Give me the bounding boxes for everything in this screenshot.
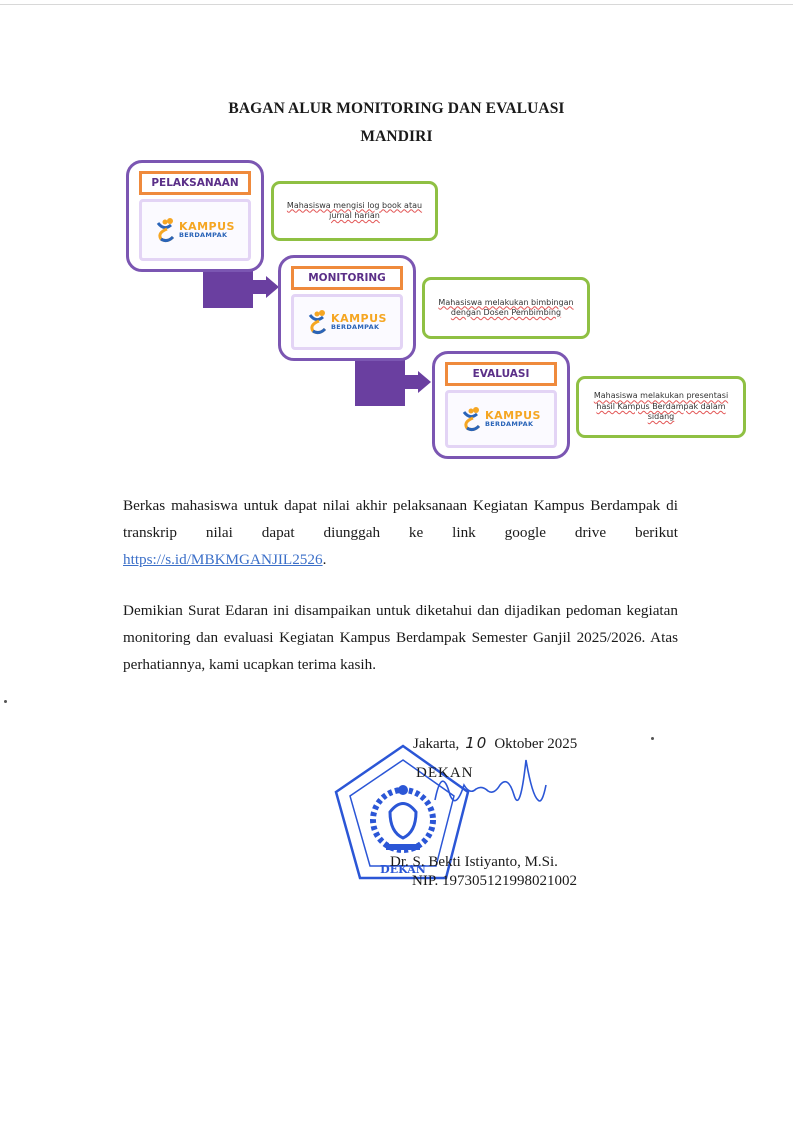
- logo-word-berdampak: BERDAMPAK: [179, 232, 235, 239]
- stage-note-evaluasi: Mahasiswa melakukan presentasi hasil Kam…: [576, 376, 746, 438]
- stage-monitoring: MONITORING KAMPUSBERDAMPAK: [278, 255, 416, 361]
- signature-month-year: Oktober 2025: [494, 736, 577, 752]
- note-text: Mahasiswa mengisi log book atau jurnal h…: [280, 201, 429, 222]
- paragraph-end: .: [323, 551, 327, 568]
- stage-label: EVALUASI: [445, 362, 557, 386]
- stage-note-monitoring: Mahasiswa melakukan bimbingan dengan Dos…: [422, 277, 590, 339]
- kampus-berdampak-logo-icon: KAMPUSBERDAMPAK: [307, 309, 387, 335]
- scan-speck: [4, 700, 7, 703]
- stage-note-pelaksanaan: Mahasiswa mengisi log book atau jurnal h…: [271, 181, 438, 241]
- stage-logo-panel: KAMPUSBERDAMPAK: [291, 294, 403, 350]
- arrow-head-icon: [418, 371, 431, 393]
- note-text: Mahasiswa melakukan bimbingan dengan Dos…: [431, 298, 581, 319]
- connector-1-arm: [240, 280, 268, 294]
- stage-pelaksanaan: PELAKSANAAN KAMPUSBERDAMPAK: [126, 160, 264, 272]
- paragraph-upload-info: Berkas mahasiswa untuk dapat nilai akhir…: [123, 492, 678, 573]
- scan-speck: [651, 737, 654, 740]
- signature-day: 10: [465, 734, 488, 752]
- logo-word-berdampak: BERDAMPAK: [331, 324, 387, 331]
- signature-role: DEKAN: [416, 765, 474, 782]
- signatory-nip: NIP. 197305121998021002: [412, 873, 577, 890]
- signature-city: Jakarta,: [413, 736, 459, 752]
- note-text: Mahasiswa melakukan presentasi hasil Kam…: [585, 391, 737, 422]
- scan-edge-line: [0, 4, 793, 5]
- stage-logo-panel: KAMPUSBERDAMPAK: [445, 390, 557, 448]
- stage-logo-panel: KAMPUSBERDAMPAK: [139, 199, 251, 261]
- signatory-name: Dr. S. Bekti Istiyanto, M.Si.: [390, 854, 558, 871]
- logo-word-berdampak: BERDAMPAK: [485, 421, 541, 428]
- kampus-berdampak-logo-icon: KAMPUSBERDAMPAK: [155, 217, 235, 243]
- document-title-line2: MANDIRI: [0, 128, 793, 146]
- paragraph-closing: Demikian Surat Edaran ini disampaikan un…: [123, 597, 678, 678]
- stage-label: PELAKSANAAN: [139, 171, 251, 195]
- stage-evaluasi: EVALUASI KAMPUSBERDAMPAK: [432, 351, 570, 459]
- stage-label: MONITORING: [291, 266, 403, 290]
- connector-2-arm: [395, 375, 420, 389]
- paragraph-text: Berkas mahasiswa untuk dapat nilai akhir…: [123, 497, 678, 541]
- google-drive-link[interactable]: https://s.id/MBKMGANJIL2526: [123, 551, 323, 568]
- signature-place-date: Jakarta,10Oktober 2025: [413, 734, 577, 753]
- kampus-berdampak-logo-icon: KAMPUSBERDAMPAK: [461, 406, 541, 432]
- document-title: BAGAN ALUR MONITORING DAN EVALUASI: [0, 100, 793, 118]
